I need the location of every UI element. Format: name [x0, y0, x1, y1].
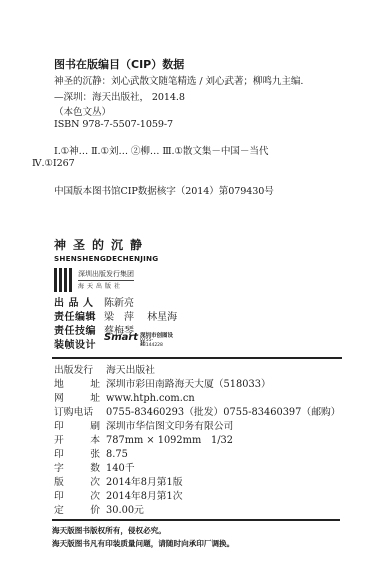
- pub-value: 8.75: [106, 449, 128, 460]
- pub-label: 开本: [54, 432, 100, 446]
- credit-producer: 出 品 人陈新亮: [54, 294, 134, 309]
- cip-classification-2: Ⅳ.①I267: [32, 158, 75, 169]
- pub-row-price: 定价30.00元: [54, 502, 144, 516]
- credit-design: 装帧设计: [54, 336, 98, 351]
- pub-label: 印张: [54, 446, 100, 460]
- book-title: 神圣的沉静: [54, 236, 149, 253]
- cip-approval-number: 中国版本图书馆CIP数据核字（2014）第079430号: [54, 183, 274, 197]
- pub-row-address: 地址深圳市彩田南路海天大厦（518033）: [54, 376, 271, 390]
- credit-value: 梁 萍 林星海: [104, 308, 177, 323]
- divider-top: [52, 357, 342, 359]
- pub-label: 地址: [54, 376, 100, 390]
- pub-label: 印次: [54, 488, 100, 502]
- credit-label: 责任编辑: [54, 308, 98, 323]
- credit-label: 出 品 人: [54, 294, 98, 309]
- copyright-notice: 海天版图书版权所有，侵权必究。: [52, 525, 166, 536]
- pub-label: 网址: [54, 390, 100, 404]
- cip-title-line: 神圣的沉静：刘心武散文随笔精选 / 刘心武著；柳鸣九主编.: [54, 73, 303, 87]
- credit-value: 陈新亮: [104, 294, 134, 309]
- pub-row-printer: 印刷深圳市华信图文印务有限公司: [54, 418, 233, 432]
- pub-row-phone: 订购电话0755-83460293（批发）0755-83460397（邮购）: [54, 404, 341, 418]
- pub-value: 0755-83460293（批发）0755-83460397（邮购）: [106, 404, 341, 418]
- pub-row-printing: 印次2014年8月第1次: [54, 488, 183, 502]
- pub-label: 出版发行: [54, 362, 100, 376]
- cip-heading: 图书在版编目（CIP）数据: [54, 56, 184, 72]
- pub-value: 787mm × 1092mm 1/32: [106, 432, 233, 446]
- credit-label: 装帧设计: [54, 336, 98, 351]
- pub-value: 深圳市华信图文印务有限公司: [106, 418, 233, 432]
- publisher-group-name: 深圳出版发行集团: [78, 269, 134, 281]
- pub-value: 海天出版社: [106, 362, 155, 376]
- designer-logo-word: Smart: [104, 332, 138, 343]
- pub-value: 140千: [106, 460, 135, 474]
- credit-editor: 责任编辑梁 萍 林星海: [54, 308, 177, 323]
- pub-row-sheets: 印张8.75: [54, 446, 128, 460]
- cip-publisher-line: —深圳：海天出版社， 2014.8: [54, 89, 185, 103]
- pub-label: 订购电话: [54, 404, 100, 418]
- cip-series-line: （本色文丛）: [54, 104, 111, 118]
- pub-value: 深圳市彩田南路海天大厦（518033）: [106, 376, 271, 390]
- publisher-logo: 深圳出版发行集团 海天出版社: [54, 268, 134, 292]
- publisher-logo-icon: [54, 268, 74, 292]
- pub-value: 30.00元: [106, 502, 144, 516]
- publisher-name: 海天出版社: [78, 281, 123, 290]
- pub-label: 定价: [54, 502, 100, 516]
- pub-label: 字数: [54, 460, 100, 474]
- designer-logo: Smart 深圳市创图设计 0755-83144228: [104, 332, 174, 346]
- pub-value: www.htph.com.cn: [106, 393, 195, 404]
- pub-label: 版次: [54, 474, 100, 488]
- pub-row-wordcount: 字数140千: [54, 460, 135, 474]
- pub-value: 2014年8月第1次: [106, 488, 183, 502]
- book-title-pinyin: SHENSHENGDECHENJING: [54, 254, 158, 263]
- quality-notice: 海天版图书凡有印装质量问题，请随时向承印厂调换。: [52, 538, 234, 549]
- designer-phone: 0755-83144228: [140, 338, 174, 348]
- credit-label: 责任技编: [54, 322, 98, 337]
- pub-row-format: 开本787mm × 1092mm 1/32: [54, 432, 233, 446]
- pub-label: 印刷: [54, 418, 100, 432]
- cip-isbn-line: ISBN 978-7-5507-1059-7: [54, 119, 173, 130]
- pub-value: 2014年8月第1版: [106, 474, 183, 488]
- cip-classification-1: Ⅰ.①神… Ⅱ.①刘… ②柳… Ⅲ.①散文集－中国－当代: [54, 143, 268, 157]
- pub-row-edition: 版次2014年8月第1版: [54, 474, 183, 488]
- divider-bottom: [52, 519, 340, 521]
- pub-row-publisher: 出版发行海天出版社: [54, 362, 155, 376]
- pub-row-website: 网址www.htph.com.cn: [54, 390, 195, 404]
